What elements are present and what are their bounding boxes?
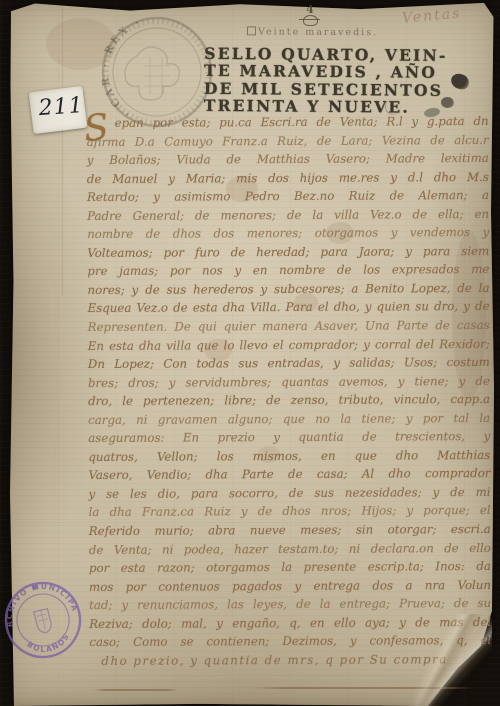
manuscript-line: Referido murio; abra nueve meses; sin ot… bbox=[89, 520, 491, 541]
manuscript-line: Vasero, Vendio; dha Parte de casa; Al dh… bbox=[88, 464, 490, 485]
manuscript-line: y se les dio, para socorro, de sus nezes… bbox=[88, 483, 490, 504]
ruled-line bbox=[94, 689, 178, 691]
seal-ring-text: · CAR · REX · bbox=[100, 17, 143, 119]
manuscript-line: de Venta; ni podea, hazer testam.to; ni … bbox=[89, 539, 491, 560]
manuscript-line: dho prezio, y quantia de mrs, q por Su c… bbox=[89, 650, 491, 671]
folio-number: 211 bbox=[38, 93, 85, 121]
manuscript-line: pre jamas; por nos y en nombre de los ex… bbox=[87, 260, 489, 281]
manuscript-line: y Bolaños; Viuda de Matthias Vasero; Mad… bbox=[87, 149, 489, 170]
document-scan: · CAR · REX · 4 Veinte maravedis. SELLO … bbox=[0, 0, 500, 706]
manuscript-line: nombre de dhos dos menores; otorgamos y … bbox=[87, 223, 489, 244]
manuscript-line: Esquea Vez.o de esta dha Villa. Para el … bbox=[88, 297, 490, 318]
inked-box-icon bbox=[247, 26, 256, 35]
denomination-text: Veinte maravedis. bbox=[258, 26, 378, 38]
manuscript-line: nores; y de sus herederos y subcesores; … bbox=[87, 279, 489, 300]
manuscript-line: bres; dros; y servidumbres; quantas avem… bbox=[88, 372, 490, 393]
manuscript-line: la dha Franz.ca Ruiz y de dhos nros; Hij… bbox=[89, 501, 491, 522]
cross-orb-icon bbox=[303, 15, 318, 26]
manuscript-line: de Manuel y Maria; mis dos hijos me.res … bbox=[87, 168, 489, 189]
manuscript-line: Dn Lopez; Con todas sus entradas, y sali… bbox=[88, 353, 490, 374]
archival-folio-sticker: 211 bbox=[29, 86, 88, 134]
manuscript-line: aseguramos: En prezio y quantia de tresc… bbox=[88, 427, 490, 448]
manuscript-line: En esta dha villa que lo llevo el compra… bbox=[88, 335, 490, 356]
manuscript-line: Padre General; de menores; de la villa V… bbox=[87, 205, 489, 226]
denomination-line: Veinte maravedis. bbox=[247, 26, 427, 38]
ruled-line bbox=[254, 687, 474, 689]
svg-text:· CAR · REX ·: · CAR · REX · bbox=[100, 17, 143, 119]
manuscript-line: dro, le pertenezen; libre; de zenso, tri… bbox=[88, 390, 490, 411]
manuscript-line: Reziva; dolo; mal, y engaño, q, en ello … bbox=[89, 613, 491, 634]
manuscript-line: Retardo; y asimismo Pedro Bez.no Ruiz de… bbox=[87, 186, 489, 207]
manuscript-line: quatros, Vellon; los mismos, en que dho … bbox=[88, 446, 490, 467]
manuscript-line: Representen. De qui quier manera Asaver,… bbox=[88, 316, 490, 337]
manuscript-line: afirma D.a Camuyo Franz.a Ruiz, de Lara;… bbox=[87, 130, 489, 151]
manuscript-line: mos por contenuos pagados y entrega dos … bbox=[89, 576, 491, 597]
manuscript-line: Volteamos; por furo de heredad; para Jao… bbox=[87, 242, 489, 263]
manuscript-line: por esta razon; otorgamos la presente es… bbox=[89, 557, 491, 578]
manuscript-line: caso; Como se contienen; Dezimos, y conf… bbox=[89, 631, 491, 652]
manuscript-text: epan por esta; pu.ca Escri.ra de Venta; … bbox=[87, 112, 492, 671]
manuscript-line: carga, ni gravamen alguno; que no la tie… bbox=[88, 409, 490, 430]
manuscript-line: epan por esta; pu.ca Escri.ra de Venta; … bbox=[87, 112, 489, 133]
paper-sheet: · CAR · REX · 4 Veinte maravedis. SELLO … bbox=[0, 0, 500, 706]
manuscript-line: tad; y renunciamos, las leyes, de la ent… bbox=[89, 594, 491, 615]
